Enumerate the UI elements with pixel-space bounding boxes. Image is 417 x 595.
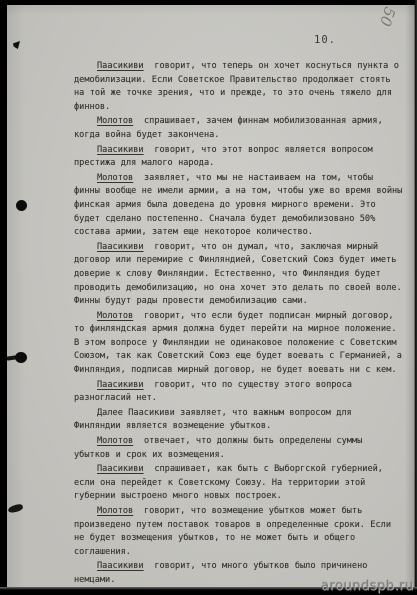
speaker-name: Молотов <box>97 173 133 183</box>
speaker-name: Паасикиви <box>97 242 144 252</box>
scanned-page: 50 10. Паасикиви говорит, что теперь он … <box>0 0 417 595</box>
speaker-name: Молотов <box>97 436 133 446</box>
speaker-name: Паасикиви <box>97 380 144 390</box>
speaker-name: Паасикиви <box>97 61 144 71</box>
speaker-name: Молотов <box>97 116 133 126</box>
paragraph: Паасикиви говорит, что по существу этого… <box>74 379 403 406</box>
paragraph: Паасикиви говорит, что теперь он хочет к… <box>74 60 403 114</box>
paragraph: Молотов говорит, что если будет подписан… <box>74 310 403 378</box>
hole-punch-dot-middle <box>15 352 27 363</box>
speaker-name: Паасикиви <box>97 145 144 155</box>
paragraph: Молотов отвечает, что должны быть опреде… <box>74 435 403 462</box>
paragraph: Паасикиви говорит, что он думал, что, за… <box>74 241 403 309</box>
paragraph: Молотов говорит, что возмещение убытков … <box>74 505 403 559</box>
paragraph: Молотов заявляет, что мы не настаиваем н… <box>74 172 403 240</box>
paragraph: Далее Паасикиви заявляет, что важным воп… <box>74 407 403 434</box>
document-text: Паасикиви говорит, что теперь он хочет к… <box>74 60 403 589</box>
speaker-name: Молотов <box>97 311 133 321</box>
speaker-name: Молотов <box>97 506 133 516</box>
paragraph: Паасикиви говорит, что этот вопрос являе… <box>74 144 403 171</box>
paper-sheet: 50 10. Паасикиви говорит, что теперь он … <box>7 5 415 587</box>
speaker-name: Паасикиви <box>97 561 144 571</box>
scan-edge-left <box>0 0 7 595</box>
paragraph: Паасикиви спрашивает, как быть с Выборгс… <box>74 463 403 504</box>
hole-punch-dot-top <box>16 200 27 211</box>
page-number: 10. <box>314 34 336 46</box>
scan-edge-top <box>0 0 417 5</box>
watermark: aroundspb.ru <box>321 579 414 594</box>
speaker-name: Паасикиви <box>97 464 144 474</box>
handwritten-page-mark: 50 <box>361 1 399 39</box>
paragraph: Молотов спрашивает, зачем финнам мобилиз… <box>74 115 403 142</box>
